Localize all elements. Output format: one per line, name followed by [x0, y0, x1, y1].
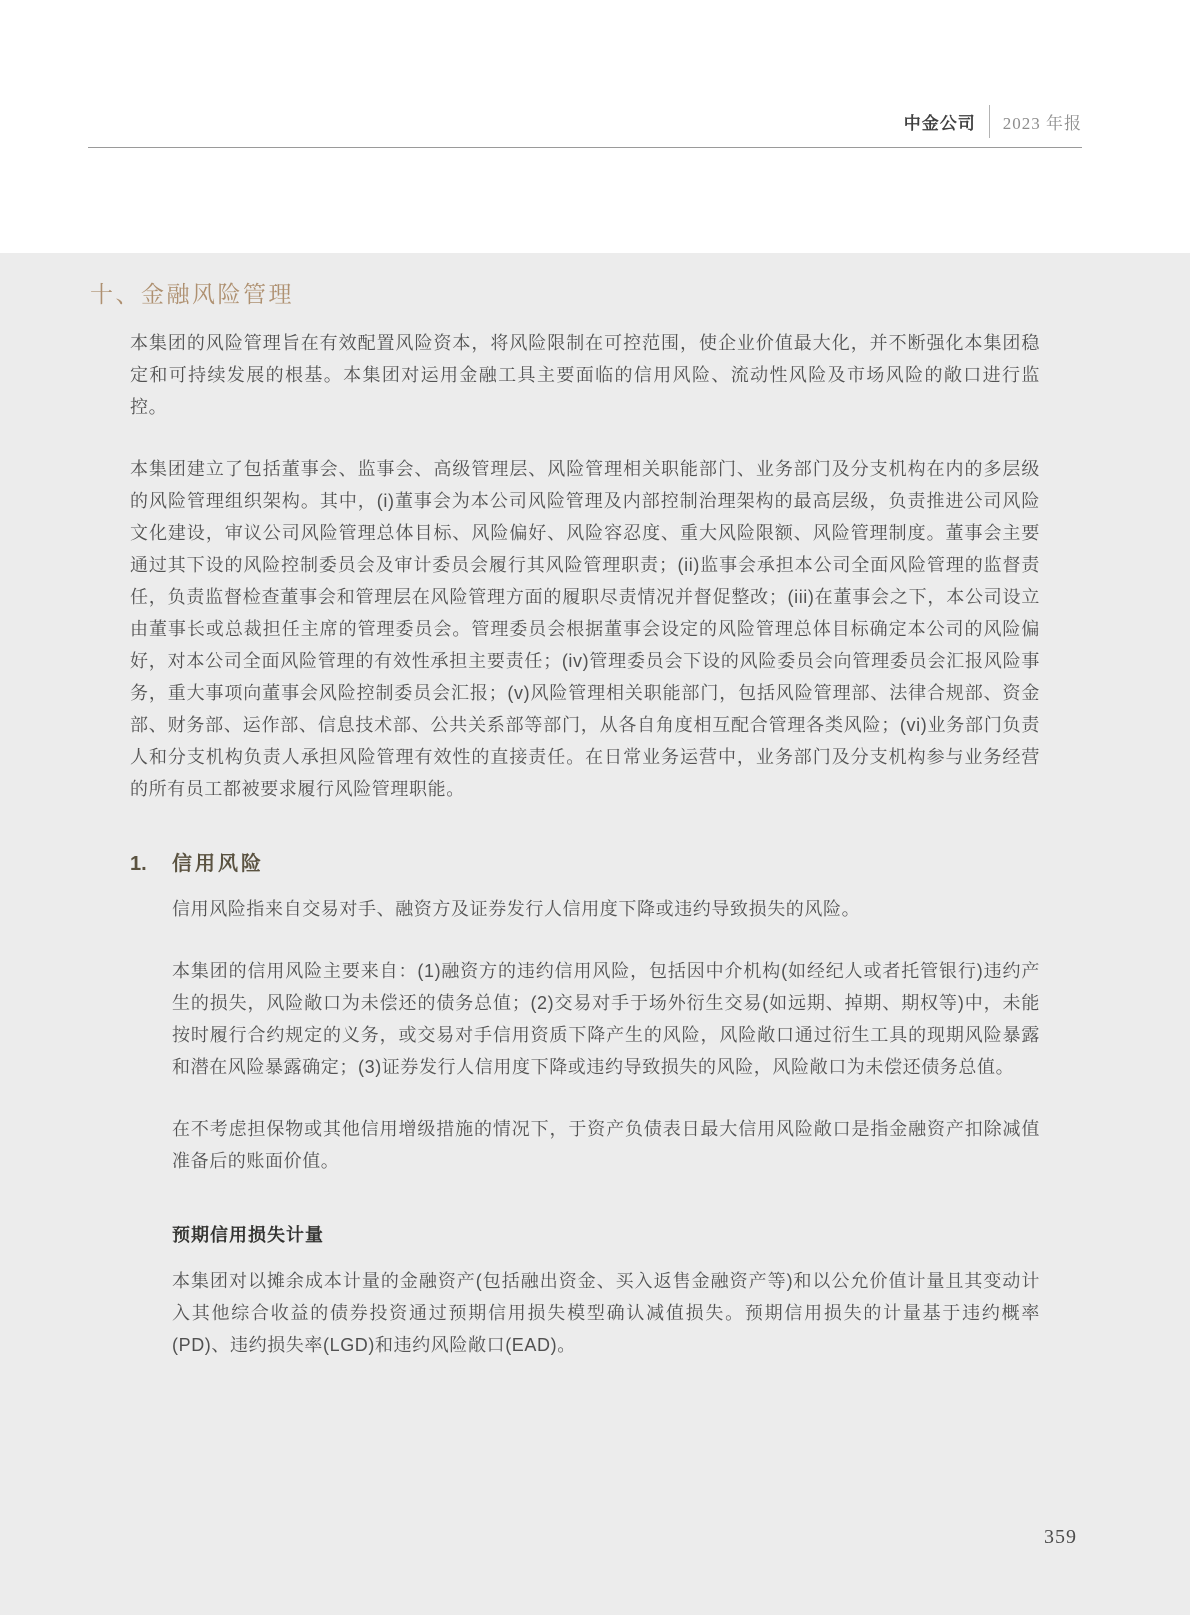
body-column: 本集团的风险管理旨在有效配置风险资本，将风险限制在可控范围，使企业价值最大化，并… — [130, 327, 1040, 1361]
subsection-paragraph: 本集团对以摊余成本计量的金融资产(包括融出资金、买入返售金融资产等)和以公允价值… — [172, 1265, 1040, 1361]
intro-paragraph: 本集团的风险管理旨在有效配置风险资本，将风险限制在可控范围，使企业价值最大化，并… — [130, 327, 1040, 423]
section-paragraph: 本集团的信用风险主要来自：(1)融资方的违约信用风险，包括因中介机构(如经纪人或… — [172, 955, 1040, 1083]
section-heading: 1.信用风险 — [130, 849, 1040, 879]
header-rule — [88, 147, 1082, 148]
intro-paragraph: 本集团建立了包括董事会、监事会、高级管理层、风险管理相关职能部门、业务部门及分支… — [130, 453, 1040, 805]
header-vertical-divider — [989, 105, 990, 138]
section-paragraph: 在不考虑担保物或其他信用增级措施的情况下，于资产负债表日最大信用风险敞口是指金融… — [172, 1113, 1040, 1177]
section-number: 1. — [130, 849, 172, 879]
report-year: 2023 年报 — [1003, 109, 1082, 134]
company-name: 中金公司 — [904, 109, 976, 134]
section-title: 信用风险 — [172, 853, 264, 875]
subsection-title: 预期信用损失计量 — [172, 1221, 1040, 1249]
section-paragraph: 信用风险指来自交易对手、融资方及证券发行人信用度下降或违约导致损失的风险。 — [172, 893, 1040, 925]
annual-report-page: 中金公司 2023 年报 十、金融风险管理 本集团的风险管理旨在有效配置风险资本… — [0, 0, 1190, 1615]
section-body: 信用风险指来自交易对手、融资方及证券发行人信用度下降或违约导致损失的风险。 本集… — [172, 893, 1040, 1361]
chapter-title: 十、金融风险管理 — [90, 279, 1190, 309]
page-header: 中金公司 2023 年报 — [904, 103, 1082, 139]
page-number: 359 — [1044, 1526, 1077, 1549]
section-credit-risk: 1.信用风险 信用风险指来自交易对手、融资方及证券发行人信用度下降或违约导致损失… — [130, 849, 1040, 1361]
content-area: 十、金融风险管理 本集团的风险管理旨在有效配置风险资本，将风险限制在可控范围，使… — [0, 253, 1190, 1615]
